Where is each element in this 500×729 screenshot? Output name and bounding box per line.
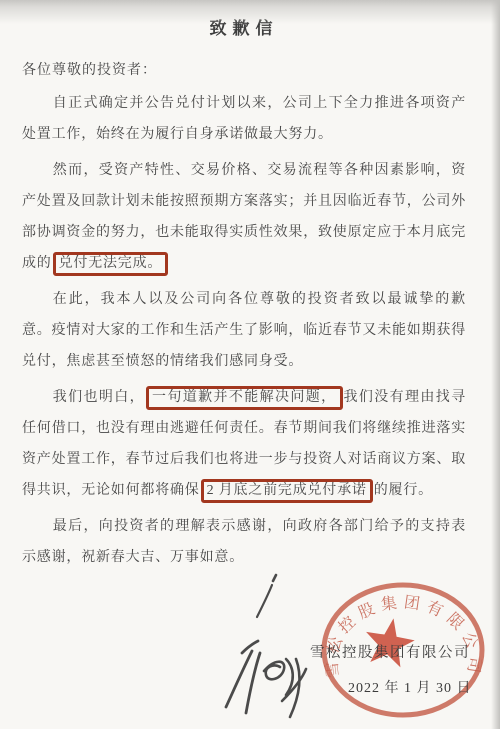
paragraph-3: 在此，我本人以及公司向各位尊敬的投资者致以最诚挚的歉意。疫情对大家的工作和生活产… — [22, 284, 466, 377]
handwritten-signature — [212, 567, 312, 727]
company-name: 雪松控股集团有限公司 — [310, 641, 470, 662]
paragraph-4: 我们也明白，一句道歉并不能解决问题，我们没有理由找寻任何借口，也没有理由逃避任何… — [22, 382, 466, 506]
paragraph-1: 自正式确定并公告兑付计划以来，公司上下全力推进各项资产处置工作，始终在为履行自身… — [22, 88, 466, 150]
signature-block: 雪松控股集团有限公司 雪松控股集团有限公司 2022 年 1 月 30 日 — [0, 559, 500, 729]
highlighted-phrase-3: 2 月底之前完成兑付承诺 — [201, 479, 373, 503]
letter-title: 致歉信 — [22, 14, 466, 39]
highlighted-phrase-2: 一句道歉并不能解决问题， — [146, 386, 343, 410]
text-segment: 我们也明白， — [53, 390, 145, 405]
salutation: 各位尊敬的投资者： — [22, 59, 466, 83]
letter-date: 2022 年 1 月 30 日 — [348, 677, 472, 697]
highlighted-phrase-1: 兑付无法完成。 — [53, 252, 169, 276]
text-segment: 自正式确定并公告兑付计划以来，公司上下全力推进各项资产处置工作，始终在为履行自身… — [22, 96, 466, 142]
text-segment: 在此，我本人以及公司向各位尊敬的投资者致以最诚挚的歉意。疫情对大家的工作和生活产… — [22, 292, 466, 369]
paragraph-2: 然而，受资产特性、交易价格、交易流程等各种因素影响，资产处置及回款计划未能按照预… — [22, 155, 466, 279]
text-segment: 的履行。 — [374, 483, 433, 498]
apology-letter-photo: 致歉信 各位尊敬的投资者： 自正式确定并公告兑付计划以来，公司上下全力推进各项资… — [0, 0, 500, 729]
